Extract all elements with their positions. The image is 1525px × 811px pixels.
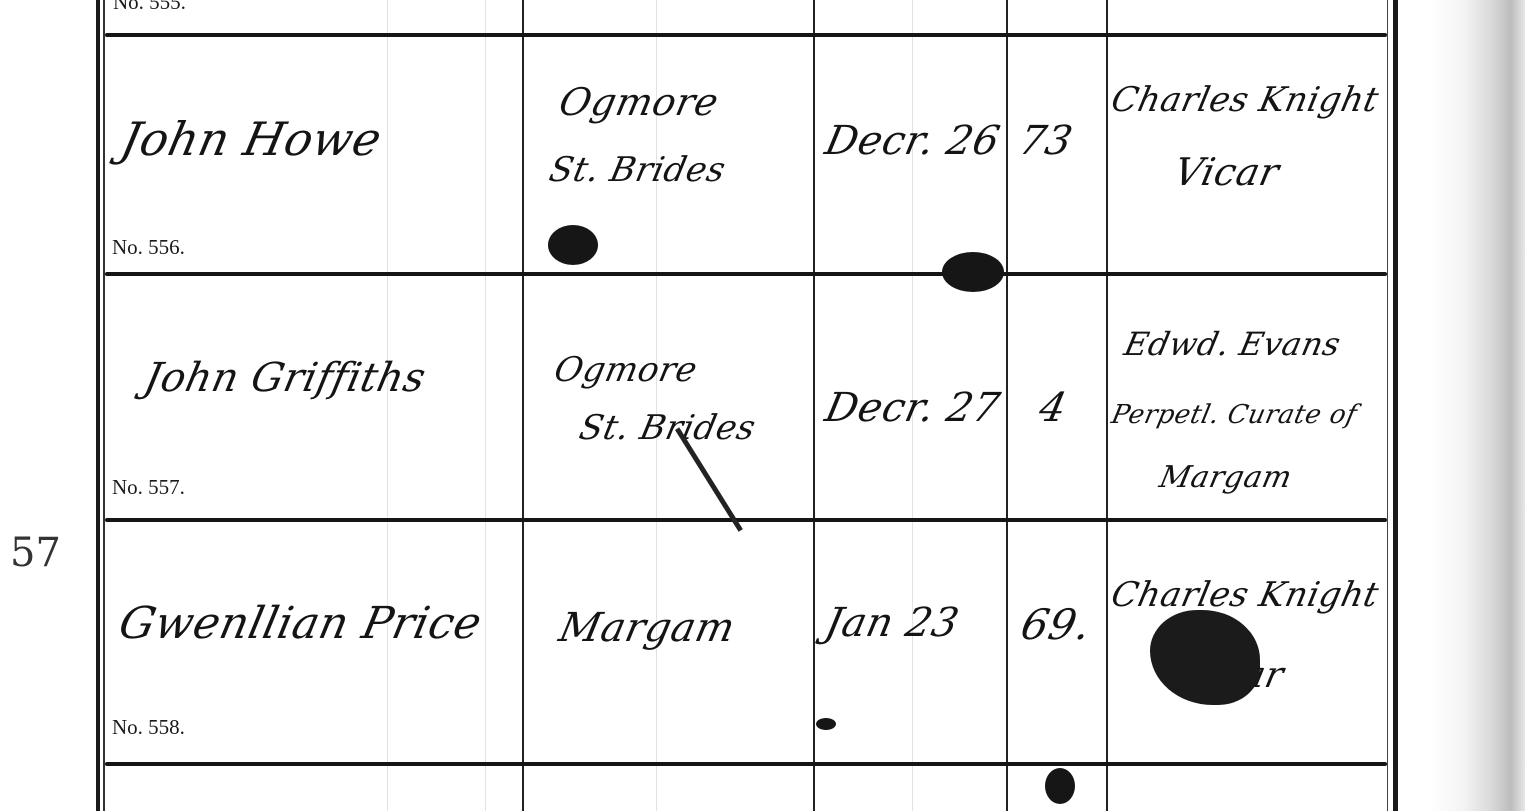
ink-blot: [548, 225, 598, 265]
row-rule: [105, 518, 1387, 522]
entry-burial-date: Decr. 26: [821, 118, 1004, 164]
entry-officiant-line2: Perpetl. Curate of: [1109, 400, 1360, 430]
entry-number: No. 556.: [112, 235, 185, 260]
guide-line: [387, 0, 388, 811]
row-rule: [105, 272, 1387, 276]
entry-age: 4: [1035, 385, 1071, 431]
column-divider-abode: [522, 0, 524, 811]
column-divider-date: [813, 0, 815, 811]
entry-number: No. 555.: [113, 0, 186, 15]
entry-officiant-line1: Charles Knight: [1108, 575, 1383, 615]
entry-name: John Howe: [116, 112, 386, 166]
entry-age: 69.: [1017, 600, 1096, 649]
row-rule: [105, 33, 1387, 37]
ink-blot: [942, 252, 1004, 292]
page-gutter-shadow: [1430, 0, 1525, 811]
entry-abode-line1: Ogmore: [551, 350, 701, 390]
entry-name: John Griffiths: [140, 355, 430, 401]
entry-abode-line2: St. Brides: [546, 150, 730, 190]
entry-officiant-line3: Margam: [1156, 460, 1295, 495]
guide-line: [485, 0, 486, 811]
entry-officiant-line1: Edwd. Evans: [1121, 325, 1344, 363]
margin-note: 57: [10, 530, 61, 576]
column-divider-age: [1006, 0, 1008, 811]
entry-abode-line1: Margam: [555, 605, 739, 651]
ink-blot: [1045, 768, 1075, 804]
entry-number: No. 558.: [112, 715, 185, 740]
entry-burial-date: Decr. 27: [821, 385, 1004, 431]
entry-number: No. 557.: [112, 475, 185, 500]
left-border: [96, 0, 100, 811]
entry-abode-line2: St. Brides: [576, 408, 760, 448]
entry-abode-line1: Ogmore: [555, 80, 722, 124]
column-divider-officiant: [1106, 0, 1108, 811]
entry-age: 73: [1015, 118, 1077, 164]
register-page: 57 No. 555. John Howe No. 556. Ogmore St…: [0, 0, 1525, 811]
left-border-inner: [103, 0, 105, 811]
right-border-inner: [1387, 0, 1388, 811]
ink-blot: [816, 718, 836, 730]
entry-burial-date: Jan 23: [821, 600, 963, 646]
entry-officiant-line1: Charles Knight: [1108, 80, 1383, 120]
row-rule: [105, 762, 1387, 766]
entry-officiant-line2: Vicar: [1170, 150, 1283, 194]
entry-name: Gwenllian Price: [115, 598, 487, 649]
right-border: [1393, 0, 1398, 811]
ink-blot: [1150, 610, 1260, 705]
